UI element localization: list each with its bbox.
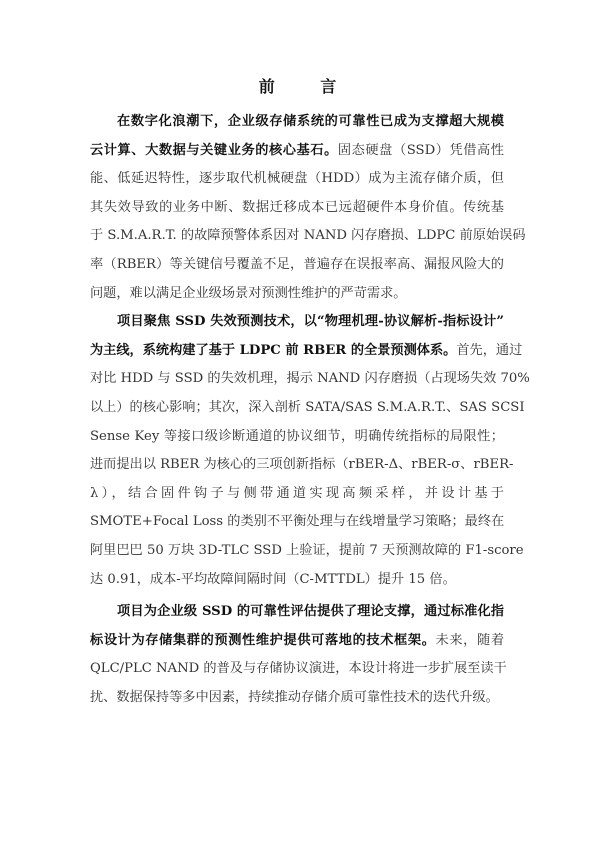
text-line: 于 S.M.A.R.T. 的故障预警体系因对 NAND 闪存磨损、LDPC 前原… xyxy=(90,222,504,251)
text-line: 云计算、大数据与关键业务的核心基石。固态硬盘（SSD）凭借高性 xyxy=(90,137,504,166)
bold-text: 为主线，系统构建了基于 LDPC 前 RBER 的全景预测体系。 xyxy=(90,343,456,358)
normal-text: 对比 HDD 与 SSD 的失效机理，揭示 NAND 闪存磨损（占现场失效 70… xyxy=(90,371,530,386)
text-line: 对比 HDD 与 SSD 的失效机理，揭示 NAND 闪存磨损（占现场失效 70… xyxy=(90,365,504,394)
page-title: 前 言 xyxy=(0,74,595,97)
text-line: 进而提出以 RBER 为核心的三项创新指标（rBER-Δ、rBER-σ、rBER… xyxy=(90,451,504,480)
text-line: 阿里巴巴 50 万块 3D-TLC SSD 上验证，提前 7 天预测故障的 F1… xyxy=(90,537,504,566)
normal-text: 率（RBER）等关键信号覆盖不足，普遍存在误报率高、漏报风险大的 xyxy=(90,257,504,272)
document-page: 前 言 在数字化浪潮下，企业级存储系统的可靠性已成为支撑超大规模 云计算、大数据… xyxy=(0,0,595,842)
normal-text: 以上）的核心影响；其次，深入剖析 SATA/SAS S.M.A.R.T.、SAS… xyxy=(90,400,525,415)
text-line: SMOTE+Focal Loss 的类别不平衡处理与在线增量学习策略；最终在 xyxy=(90,508,504,537)
text-line: QLC/PLC NAND 的普及与存储协议演进，本设计将进一步扩展至读干 xyxy=(90,655,504,684)
text-line: 项目为企业级 SSD 的可靠性评估提供了理论支撑，通过标准化指 xyxy=(90,598,504,627)
text-line: 为主线，系统构建了基于 LDPC 前 RBER 的全景预测体系。首先，通过 xyxy=(90,337,504,366)
text-line: 标设计为存储集群的预测性维护提供可落地的技术框架。未来，随着 xyxy=(90,627,504,656)
document-body: 在数字化浪潮下，企业级存储系统的可靠性已成为支撑超大规模 云计算、大数据与关键业… xyxy=(90,108,504,712)
text-line: 项目聚焦 SSD 失效预测技术，以“物理机理-协议解析-指标设计” xyxy=(90,308,504,337)
normal-text: 扰、数据保持等多中因素，持续推动存储介质可靠性技术的迭代升级。 xyxy=(90,690,499,705)
bold-text: 项目为企业级 SSD 的可靠性评估提供了理论支撑，通过标准化指 xyxy=(117,604,504,619)
text-line: 在数字化浪潮下，企业级存储系统的可靠性已成为支撑超大规模 xyxy=(90,108,504,137)
text-line: 率（RBER）等关键信号覆盖不足，普遍存在误报率高、漏报风险大的 xyxy=(90,251,504,280)
bold-text: 标设计为存储集群的预测性维护提供可落地的技术框架。 xyxy=(90,633,436,648)
normal-text: Sense Key 等接口级诊断通道的协议细节，明确传统指标的局限性； xyxy=(90,429,504,444)
normal-text: 未来，随着 xyxy=(436,633,504,648)
paragraph-2: 项目聚焦 SSD 失效预测技术，以“物理机理-协议解析-指标设计” 为主线，系统… xyxy=(90,308,504,594)
normal-text: 于 S.M.A.R.T. 的故障预警体系因对 NAND 闪存磨损、LDPC 前原… xyxy=(90,228,526,243)
bold-text: 项目聚焦 SSD 失效预测技术，以“物理机理-协议解析-指标设计” xyxy=(117,314,504,329)
normal-text: λ），结合固件钩子与侧带通道实现高频采样，并设计基于 xyxy=(90,486,504,501)
text-line: λ），结合固件钩子与侧带通道实现高频采样，并设计基于 xyxy=(90,480,504,509)
text-line: Sense Key 等接口级诊断通道的协议细节，明确传统指标的局限性； xyxy=(90,423,504,452)
text-line: 扰、数据保持等多中因素，持续推动存储介质可靠性技术的迭代升级。 xyxy=(90,684,504,713)
normal-text: 问题，难以满足企业级场景对预测性维护的严苛需求。 xyxy=(90,286,407,301)
normal-text: 其失效导致的业务中断、数据迁移成本已远超硬件本身价值。传统基 xyxy=(90,200,504,215)
text-line: 其失效导致的业务中断、数据迁移成本已远超硬件本身价值。传统基 xyxy=(90,194,504,223)
normal-text: QLC/PLC NAND 的普及与存储协议演进，本设计将进一步扩展至读干 xyxy=(90,661,507,676)
text-line: 问题，难以满足企业级场景对预测性维护的严苛需求。 xyxy=(90,280,504,309)
bold-text: 云计算、大数据与关键业务的核心基石。 xyxy=(90,143,338,158)
normal-text: 达 0.91，成本-平均故障间隔时间（C-MTTDL）提升 15 倍。 xyxy=(90,572,456,587)
normal-text: 阿里巴巴 50 万块 3D-TLC SSD 上验证，提前 7 天预测故障的 F1… xyxy=(90,543,524,558)
bold-text: 在数字化浪潮下，企业级存储系统的可靠性已成为支撑超大规模 xyxy=(117,114,504,129)
text-line: 达 0.91，成本-平均故障间隔时间（C-MTTDL）提升 15 倍。 xyxy=(90,566,504,595)
normal-text: 固态硬盘（SSD）凭借高性 xyxy=(338,143,504,158)
normal-text: SMOTE+Focal Loss 的类别不平衡处理与在线增量学习策略；最终在 xyxy=(90,514,504,529)
normal-text: 首先，通过 xyxy=(456,343,522,358)
normal-text: 进而提出以 RBER 为核心的三项创新指标（rBER-Δ、rBER-σ、rBER… xyxy=(90,457,513,472)
paragraph-3: 项目为企业级 SSD 的可靠性评估提供了理论支撑，通过标准化指 标设计为存储集群… xyxy=(90,598,504,712)
text-line: 以上）的核心影响；其次，深入剖析 SATA/SAS S.M.A.R.T.、SAS… xyxy=(90,394,504,423)
text-line: 能、低延迟特性，逐步取代机械硬盘（HDD）成为主流存储介质，但 xyxy=(90,165,504,194)
paragraph-1: 在数字化浪潮下，企业级存储系统的可靠性已成为支撑超大规模 云计算、大数据与关键业… xyxy=(90,108,504,308)
normal-text: 能、低延迟特性，逐步取代机械硬盘（HDD）成为主流存储介质，但 xyxy=(90,171,504,186)
